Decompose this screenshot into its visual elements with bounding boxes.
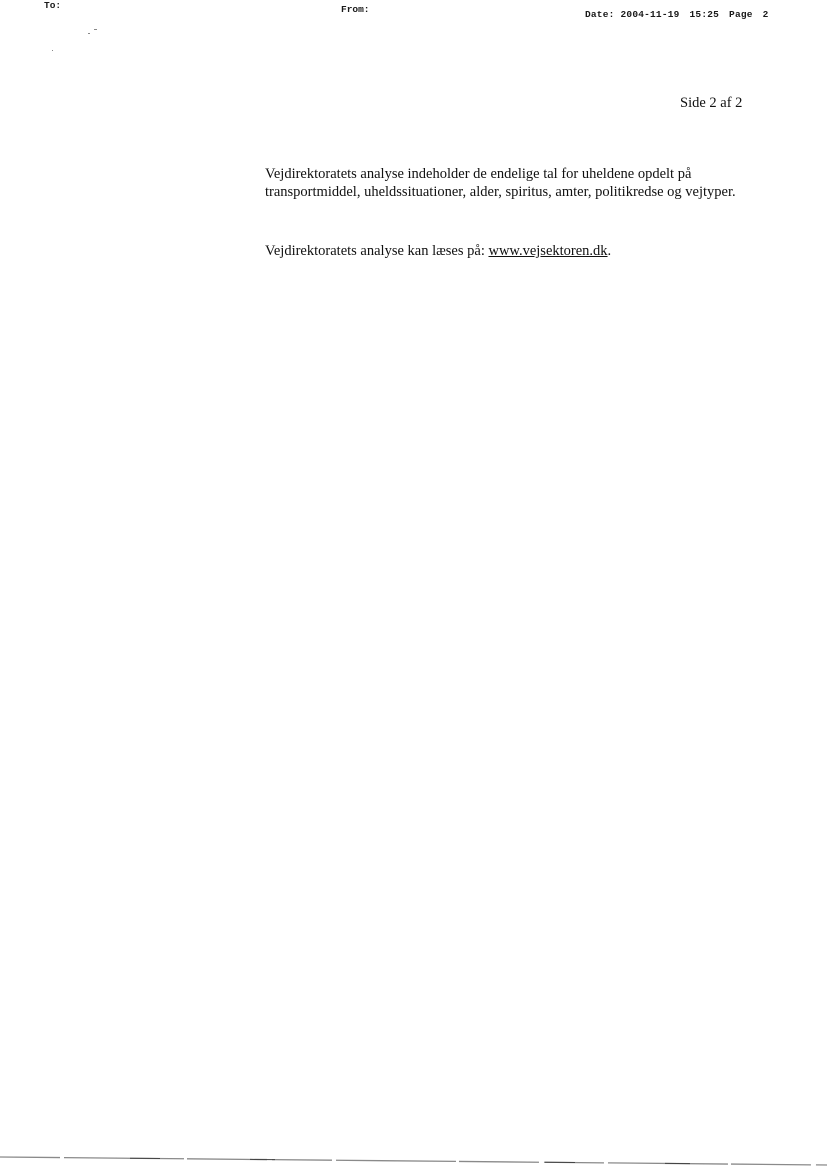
scan-edge-line xyxy=(0,1155,827,1167)
page-indicator: Side 2 af 2 xyxy=(680,95,742,112)
fax-time: 15:25 xyxy=(690,9,720,20)
paragraph-link-suffix: . xyxy=(608,243,612,259)
fax-from-label: From: xyxy=(341,4,370,15)
scan-speck xyxy=(52,50,53,51)
fax-to-label: To: xyxy=(44,0,61,11)
fax-date: 2004-11-19 xyxy=(621,9,680,20)
scan-speck xyxy=(88,33,90,34)
paragraph-link-prefix: Vejdirektoratets analyse kan læses på: xyxy=(265,243,488,259)
fax-page-number: 2 xyxy=(763,9,769,20)
fax-page-label: Page xyxy=(729,9,753,20)
paragraph-analysis-contents: Vejdirektoratets analyse indeholder de e… xyxy=(265,166,745,201)
paragraph-analysis-link: Vejdirektoratets analyse kan læses på: w… xyxy=(265,243,745,261)
fax-date-label: Date: xyxy=(585,9,615,20)
fax-header: To: From: Date:2004-11-1915:25Page2 xyxy=(0,0,827,20)
scan-speck xyxy=(94,29,97,30)
fax-transmission-info: Date:2004-11-1915:25Page2 xyxy=(585,9,769,20)
vejsektoren-link[interactable]: www.vejsektoren.dk xyxy=(488,243,607,259)
